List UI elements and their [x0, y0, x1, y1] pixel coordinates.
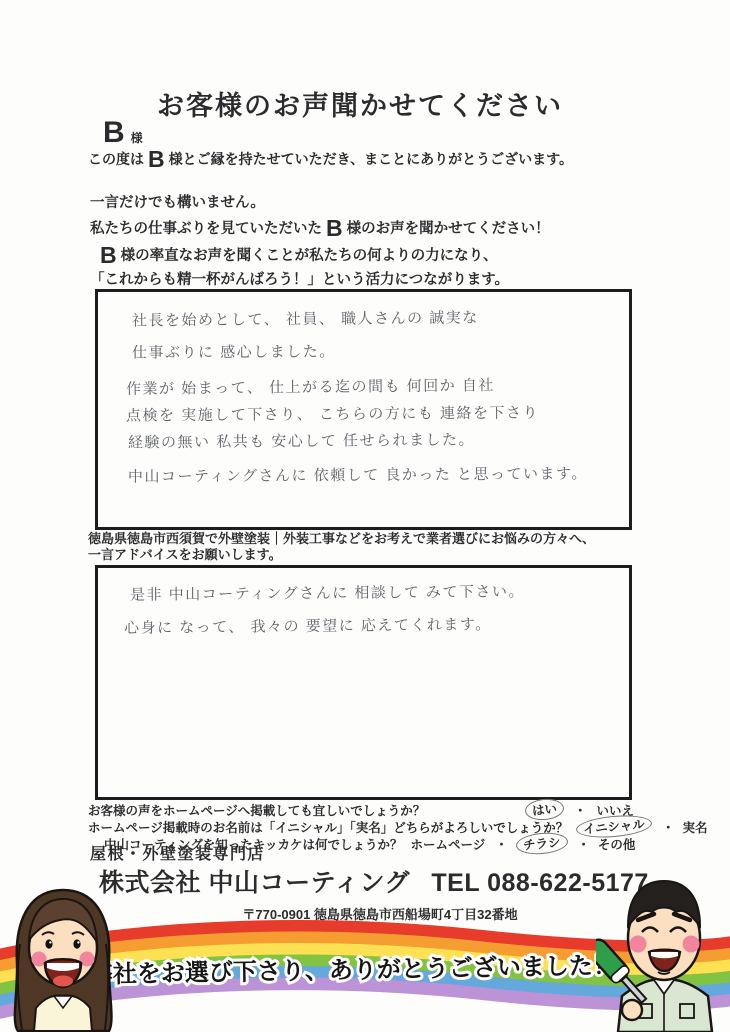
- advice-prompt-line-2: 一言アドバイスをお願いします。: [88, 547, 595, 563]
- mascot-man-illustration: [596, 876, 730, 1032]
- customer-initial: B: [103, 116, 125, 149]
- company-name: 株式会社 中山コーティング: [99, 869, 410, 897]
- option-realname: 実名: [683, 818, 708, 836]
- intro-line-3: B様の率直なお声を聞くことが私たちの何よりの力になり、: [90, 242, 550, 269]
- handwritten-line: 作業が 始まって、 仕上がる迄の間も 何回か 自社: [126, 374, 495, 399]
- handwritten-line: 中山コーティングさんに 依頼して 良かった と思っています。: [128, 462, 588, 486]
- greeting-line: この度はB様とご縁を持たせていただき、まことにありがとうございます。: [88, 146, 573, 173]
- greeting-suffix: 様とご縁を持たせていただき、まことにありがとうございます。: [169, 151, 573, 167]
- page-title: お客様のお声聞かせてください: [90, 84, 630, 123]
- question-label: お客様の声をホームページへ掲載しても宜しいでしょうか？: [88, 801, 425, 819]
- advice-prompt: 徳島県徳島市西須賀で外壁塗装｜外装工事などをお考えで業者選びにお悩みの方々へ、 …: [88, 531, 595, 563]
- advice-box: 是非 中山コーティングさんに 相談して みて下さい。 心身に なって、 我々の …: [95, 565, 632, 800]
- customer-initial: B: [144, 146, 169, 172]
- intro-line-2-text: 私たちの仕事ぶりを見ていただいた: [90, 221, 322, 237]
- intro-line-2: 私たちの仕事ぶりを見ていただいたB様のお声を聞かせてください！: [90, 215, 550, 242]
- option-separator: ・: [574, 801, 587, 819]
- greeting-prefix: この度は: [88, 151, 144, 167]
- intro-line-3-text: 様の率直なお声を聞くことが私たちの何よりの力になり、: [121, 248, 498, 264]
- man-cartoon-icon: [596, 876, 730, 1032]
- option-homepage: ホームページ: [411, 835, 486, 853]
- handwritten-line: 点検を 実施して下さり、 こちらの方にも 連絡を下さり: [126, 402, 539, 426]
- company-info-row: 株式会社 中山コーティング TEL 088-622-5177: [99, 863, 649, 899]
- customer-initial-row: B様: [103, 116, 143, 150]
- option-separator: ・: [495, 835, 508, 853]
- intro-line-1: 一言だけでも構いません。: [90, 192, 550, 215]
- advice-prompt-line-1: 徳島県徳島市西須賀で外壁塗装｜外装工事などをお考えで業者選びにお悩みの方々へ、: [88, 531, 595, 547]
- handwritten-line: 経験の無い 私共も 安心して 任せられました。: [128, 428, 475, 452]
- customer-initial: B: [322, 215, 347, 241]
- handwritten-line: 心身に なって、 我々の 要望に 応えてくれます。: [124, 613, 492, 638]
- shop-type-label: 屋根・外壁塗装専門店: [90, 841, 265, 864]
- option-separator: ・: [662, 818, 675, 836]
- question-row-publish: お客様の声をホームページへ掲載しても宜しいでしょうか？ はい ・ いいえ: [88, 801, 634, 818]
- scanned-questionnaire-page: お客様のお声聞かせてください B様 この度はB様とご縁を持たせていただき、まこと…: [0, 0, 730, 1032]
- handwritten-line: 社長を始めとして、 社員、 職人さんの 誠実な: [132, 306, 479, 330]
- question-label: ホームページ掲載時のお名前は「イニシャル」「実名」どちらがよろしいでしょうか？: [88, 818, 568, 836]
- handwritten-line: 是非 中山コーティングさんに 相談して みて下さい。: [130, 580, 525, 604]
- woman-cartoon-icon: [2, 884, 124, 1032]
- intro-line-2-tail: 様のお声を聞かせてください！: [347, 221, 550, 237]
- mascot-woman-illustration: [2, 884, 124, 1032]
- customer-voice-box: 社長を始めとして、 社員、 職人さんの 誠実な 仕事ぶりに 感心しました。 作業…: [95, 289, 632, 530]
- option-separator: ・: [577, 835, 590, 853]
- intro-paragraph: 一言だけでも構いません。 私たちの仕事ぶりを見ていただいたB様のお声を聞かせてく…: [90, 192, 550, 292]
- customer-honorific: 様: [131, 131, 143, 145]
- customer-initial: B: [100, 242, 121, 268]
- handwritten-line: 仕事ぶりに 感心しました。: [132, 340, 336, 362]
